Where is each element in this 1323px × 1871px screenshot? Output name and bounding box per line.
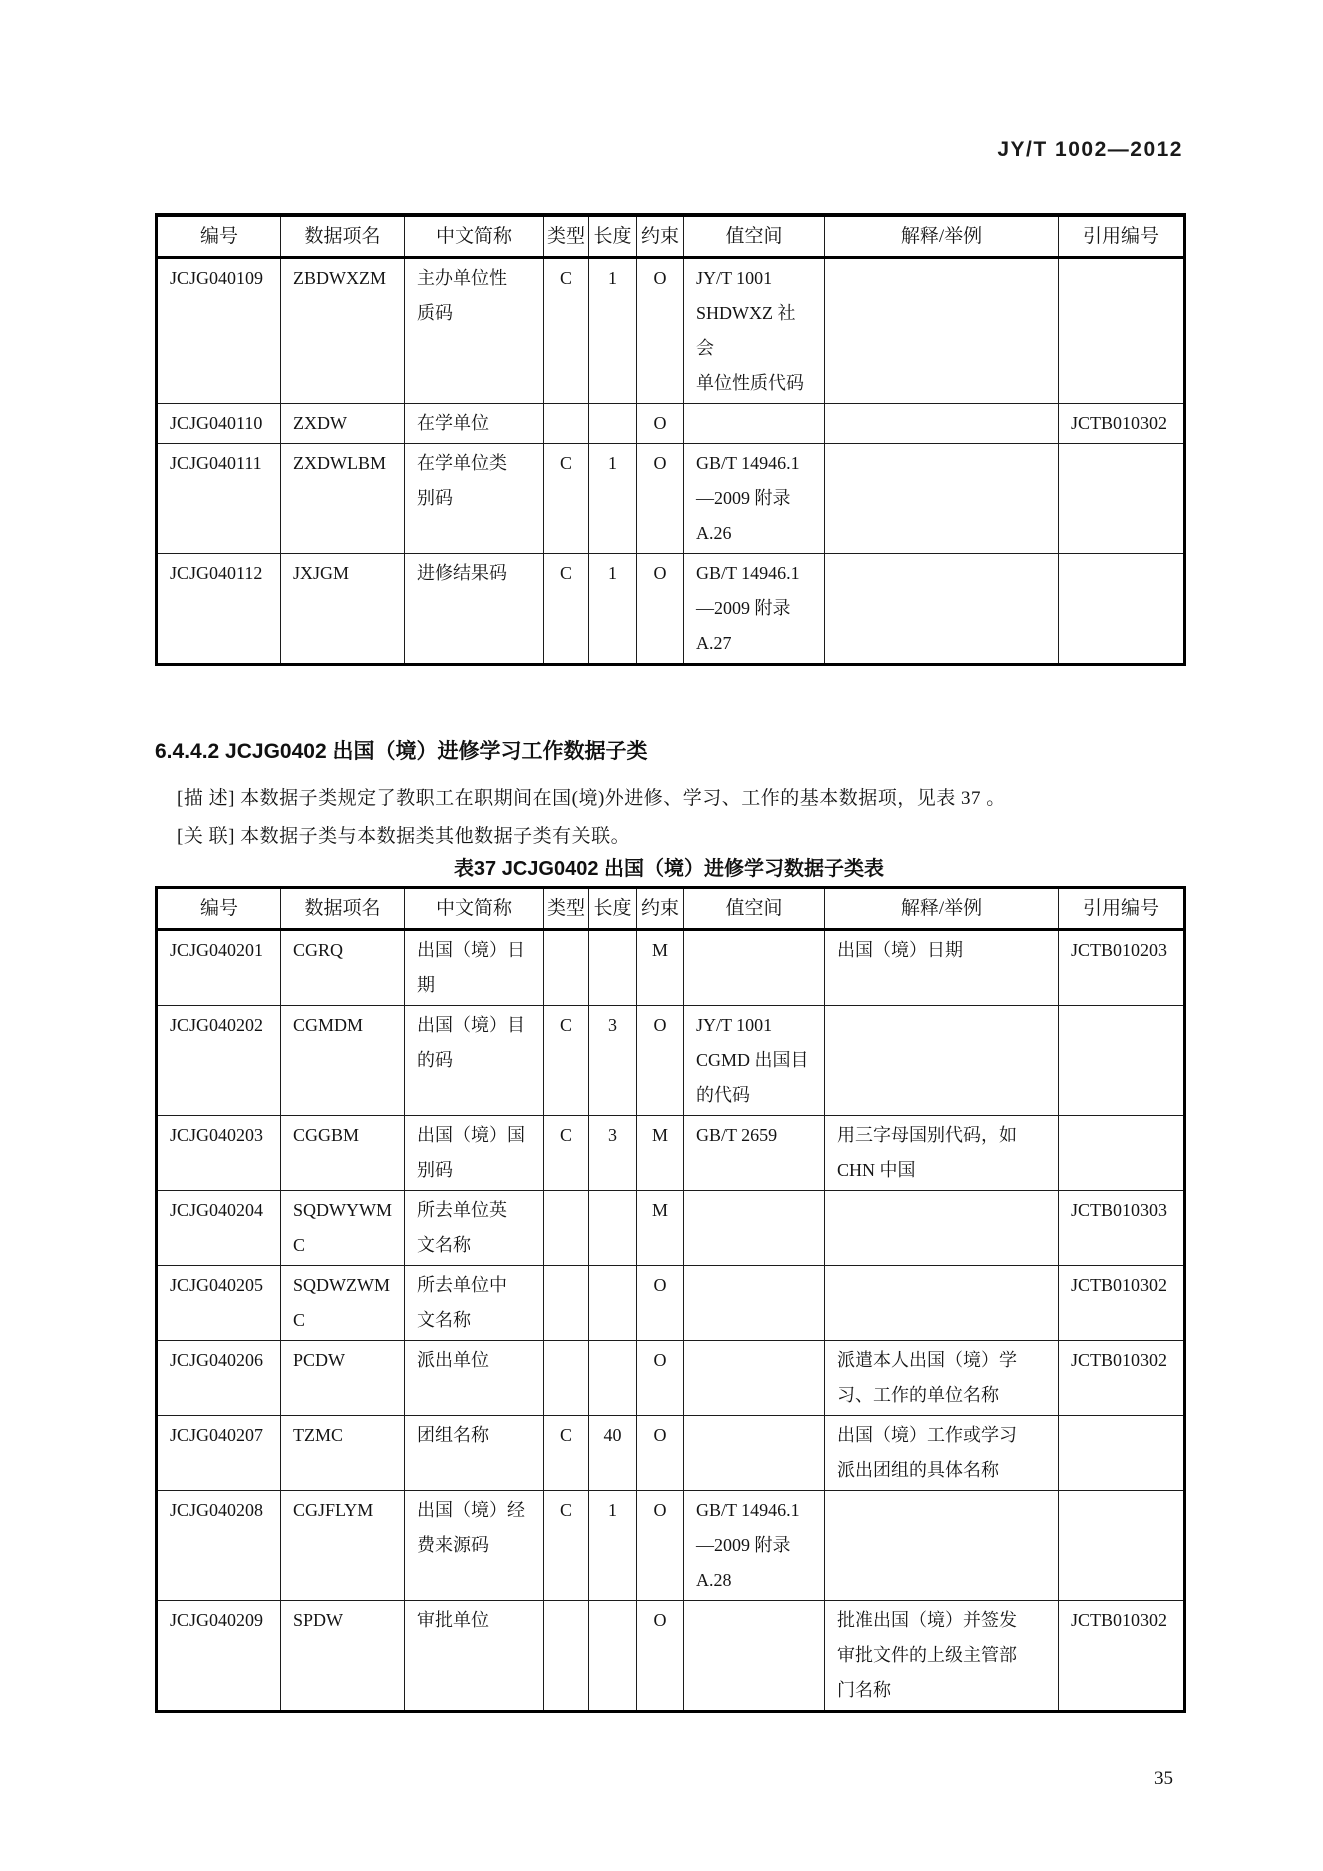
cell-ref-number	[1059, 1006, 1185, 1116]
cell-constraint: O	[637, 554, 684, 665]
table-jcjg0402: 编号 数据项名 中文简称 类型 长度 约束 值空间 解释/举例 引用编号 JCJ…	[155, 886, 1186, 1713]
cell-value-space: GB/T 14946.1 —2009 附录 A.28	[684, 1491, 825, 1601]
cell-value-space	[684, 1341, 825, 1416]
cell-constraint: O	[637, 1416, 684, 1491]
cell-ref-number: JCTB010302	[1059, 404, 1185, 444]
cell-constraint: O	[637, 258, 684, 404]
cell-constraint: O	[637, 404, 684, 444]
col-header-explanation: 解释/举例	[825, 888, 1059, 930]
table-row: JCJG040206 PCDW 派出单位 O 派遣本人出国（境）学 习、工作的单…	[157, 1341, 1185, 1416]
col-header-cn-abbrev: 中文简称	[405, 888, 544, 930]
cell-item-name: ZBDWXZM	[281, 258, 405, 404]
col-header-id: 编号	[157, 888, 281, 930]
cell-type	[544, 1266, 589, 1341]
cell-cn-abbrev: 在学单位类 别码	[405, 444, 544, 554]
cell-ref-number	[1059, 1491, 1185, 1601]
cell-value-space	[684, 930, 825, 1006]
col-header-ref-number: 引用编号	[1059, 888, 1185, 930]
cell-id: JCJG040205	[157, 1266, 281, 1341]
cell-ref-number	[1059, 1116, 1185, 1191]
table-row: JCJG040201 CGRQ 出国（境）日 期 M 出国（境）日期 JCTB0…	[157, 930, 1185, 1006]
table-row: JCJG040209 SPDW 审批单位 O 批准出国（境）并签发 审批文件的上…	[157, 1601, 1185, 1712]
doc-number: JY/T 1002—2012	[155, 138, 1183, 168]
cell-constraint: O	[637, 1341, 684, 1416]
table-header-row: 编号 数据项名 中文简称 类型 长度 约束 值空间 解释/举例 引用编号	[157, 215, 1185, 258]
table-row: JCJG040110 ZXDW 在学单位 O JCTB010302	[157, 404, 1185, 444]
section-heading: 6.4.4.2 JCJG0402 出国（境）进修学习工作数据子类	[155, 738, 1183, 766]
cell-id: JCJG040110	[157, 404, 281, 444]
col-header-length: 长度	[589, 215, 637, 258]
cell-type: C	[544, 1416, 589, 1491]
cell-cn-abbrev: 所去单位英 文名称	[405, 1191, 544, 1266]
cell-item-name: TZMC	[281, 1416, 405, 1491]
table-row: JCJG040109 ZBDWXZM 主办单位性 质码 C 1 O JY/T 1…	[157, 258, 1185, 404]
table-jcjg0401-continued: 编号 数据项名 中文简称 类型 长度 约束 值空间 解释/举例 引用编号 JCJ…	[155, 213, 1186, 666]
cell-cn-abbrev: 主办单位性 质码	[405, 258, 544, 404]
cell-constraint: M	[637, 1191, 684, 1266]
col-header-item-name: 数据项名	[281, 888, 405, 930]
cell-type	[544, 1191, 589, 1266]
cell-value-space: GB/T 14946.1 —2009 附录 A.27	[684, 554, 825, 665]
cell-cn-abbrev: 团组名称	[405, 1416, 544, 1491]
cell-explanation: 批准出国（境）并签发 审批文件的上级主管部 门名称	[825, 1601, 1059, 1712]
cell-type: C	[544, 1491, 589, 1601]
col-header-ref-number: 引用编号	[1059, 215, 1185, 258]
cell-ref-number	[1059, 258, 1185, 404]
cell-id: JCJG040112	[157, 554, 281, 665]
cell-id: JCJG040206	[157, 1341, 281, 1416]
cell-explanation	[825, 1491, 1059, 1601]
cell-constraint: O	[637, 1006, 684, 1116]
col-header-explanation: 解释/举例	[825, 215, 1059, 258]
page-number: 35	[155, 1768, 1183, 1790]
cell-explanation	[825, 258, 1059, 404]
col-header-constraint: 约束	[637, 215, 684, 258]
cell-length: 1	[589, 258, 637, 404]
cell-item-name: JXJGM	[281, 554, 405, 665]
table-row: JCJG040204 SQDWYWMC 所去单位英 文名称 M JCTB0103…	[157, 1191, 1185, 1266]
cell-explanation: 用三字母国别代码，如 CHN 中国	[825, 1116, 1059, 1191]
document-page: JY/T 1002—2012 编号 数据项名 中文简称 类型 长度 约束 值空间…	[0, 0, 1323, 1871]
col-header-type: 类型	[544, 215, 589, 258]
cell-id: JCJG040201	[157, 930, 281, 1006]
cell-cn-abbrev: 出国（境）国 别码	[405, 1116, 544, 1191]
cell-ref-number	[1059, 554, 1185, 665]
cell-constraint: M	[637, 1116, 684, 1191]
cell-item-name: SPDW	[281, 1601, 405, 1712]
cell-explanation: 出国（境）工作或学习 派出团组的具体名称	[825, 1416, 1059, 1491]
cell-cn-abbrev: 进修结果码	[405, 554, 544, 665]
cell-id: JCJG040202	[157, 1006, 281, 1116]
cell-length	[589, 1266, 637, 1341]
cell-value-space: JY/T 1001 SHDWXZ 社会 单位性质代码	[684, 258, 825, 404]
table-row: JCJG040205 SQDWZWMC 所去单位中 文名称 O JCTB0103…	[157, 1266, 1185, 1341]
table-row: JCJG040202 CGMDM 出国（境）目 的码 C 3 O JY/T 10…	[157, 1006, 1185, 1116]
cell-value-space	[684, 1416, 825, 1491]
cell-explanation: 出国（境）日期	[825, 930, 1059, 1006]
cell-type	[544, 404, 589, 444]
col-header-length: 长度	[589, 888, 637, 930]
table-row: JCJG040203 CGGBM 出国（境）国 别码 C 3 M GB/T 26…	[157, 1116, 1185, 1191]
relation-line: [关 联] 本数据子类与本数据类其他数据子类有关联。	[155, 822, 1183, 852]
table-row: JCJG040112 JXJGM 进修结果码 C 1 O GB/T 14946.…	[157, 554, 1185, 665]
cell-type	[544, 930, 589, 1006]
col-header-cn-abbrev: 中文简称	[405, 215, 544, 258]
cell-cn-abbrev: 出国（境）经 费来源码	[405, 1491, 544, 1601]
cell-length: 40	[589, 1416, 637, 1491]
cell-type: C	[544, 1116, 589, 1191]
cell-value-space: GB/T 14946.1 —2009 附录 A.26	[684, 444, 825, 554]
col-header-item-name: 数据项名	[281, 215, 405, 258]
cell-ref-number	[1059, 1416, 1185, 1491]
cell-value-space	[684, 1601, 825, 1712]
cell-type	[544, 1601, 589, 1712]
cell-value-space	[684, 404, 825, 444]
cell-explanation	[825, 1006, 1059, 1116]
cell-id: JCJG040204	[157, 1191, 281, 1266]
col-header-type: 类型	[544, 888, 589, 930]
cell-constraint: M	[637, 930, 684, 1006]
cell-constraint: O	[637, 1491, 684, 1601]
col-header-value-space: 值空间	[684, 888, 825, 930]
cell-ref-number	[1059, 444, 1185, 554]
cell-ref-number: JCTB010302	[1059, 1601, 1185, 1712]
cell-item-name: ZXDWLBM	[281, 444, 405, 554]
table-caption: 表37 JCJG0402 出国（境）进修学习数据子类表	[155, 856, 1183, 882]
cell-explanation	[825, 1191, 1059, 1266]
cell-item-name: CGRQ	[281, 930, 405, 1006]
table-header-row: 编号 数据项名 中文简称 类型 长度 约束 值空间 解释/举例 引用编号	[157, 888, 1185, 930]
cell-type: C	[544, 444, 589, 554]
cell-explanation	[825, 554, 1059, 665]
col-header-id: 编号	[157, 215, 281, 258]
cell-ref-number: JCTB010302	[1059, 1266, 1185, 1341]
cell-length: 1	[589, 554, 637, 665]
cell-cn-abbrev: 审批单位	[405, 1601, 544, 1712]
cell-value-space: JY/T 1001 CGMD 出国目 的代码	[684, 1006, 825, 1116]
cell-id: JCJG040208	[157, 1491, 281, 1601]
cell-length	[589, 1191, 637, 1266]
cell-length	[589, 930, 637, 1006]
cell-explanation	[825, 404, 1059, 444]
cell-value-space	[684, 1191, 825, 1266]
cell-value-space	[684, 1266, 825, 1341]
cell-id: JCJG040209	[157, 1601, 281, 1712]
cell-cn-abbrev: 在学单位	[405, 404, 544, 444]
cell-length	[589, 1341, 637, 1416]
cell-item-name: SQDWYWMC	[281, 1191, 405, 1266]
cell-explanation	[825, 1266, 1059, 1341]
cell-ref-number: JCTB010302	[1059, 1341, 1185, 1416]
cell-cn-abbrev: 出国（境）目 的码	[405, 1006, 544, 1116]
cell-item-name: CGJFLYM	[281, 1491, 405, 1601]
cell-item-name: ZXDW	[281, 404, 405, 444]
cell-constraint: O	[637, 444, 684, 554]
col-header-value-space: 值空间	[684, 215, 825, 258]
cell-item-name: PCDW	[281, 1341, 405, 1416]
cell-length: 3	[589, 1006, 637, 1116]
table-row: JCJG040207 TZMC 团组名称 C 40 O 出国（境）工作或学习 派…	[157, 1416, 1185, 1491]
cell-length	[589, 1601, 637, 1712]
cell-ref-number: JCTB010303	[1059, 1191, 1185, 1266]
cell-cn-abbrev: 出国（境）日 期	[405, 930, 544, 1006]
cell-type: C	[544, 554, 589, 665]
cell-type	[544, 1341, 589, 1416]
cell-length: 1	[589, 444, 637, 554]
cell-item-name: SQDWZWMC	[281, 1266, 405, 1341]
cell-length: 1	[589, 1491, 637, 1601]
cell-item-name: CGGBM	[281, 1116, 405, 1191]
cell-constraint: O	[637, 1266, 684, 1341]
cell-explanation	[825, 444, 1059, 554]
col-header-constraint: 约束	[637, 888, 684, 930]
table-row: JCJG040208 CGJFLYM 出国（境）经 费来源码 C 1 O GB/…	[157, 1491, 1185, 1601]
cell-cn-abbrev: 所去单位中 文名称	[405, 1266, 544, 1341]
description-line: [描 述] 本数据子类规定了教职工在职期间在国(境)外进修、学习、工作的基本数据…	[155, 784, 1183, 814]
cell-type: C	[544, 258, 589, 404]
cell-id: JCJG040109	[157, 258, 281, 404]
cell-type: C	[544, 1006, 589, 1116]
cell-id: JCJG040111	[157, 444, 281, 554]
cell-explanation: 派遣本人出国（境）学 习、工作的单位名称	[825, 1341, 1059, 1416]
cell-length	[589, 404, 637, 444]
cell-id: JCJG040203	[157, 1116, 281, 1191]
cell-item-name: CGMDM	[281, 1006, 405, 1116]
cell-value-space: GB/T 2659	[684, 1116, 825, 1191]
cell-cn-abbrev: 派出单位	[405, 1341, 544, 1416]
cell-constraint: O	[637, 1601, 684, 1712]
table-row: JCJG040111 ZXDWLBM 在学单位类 别码 C 1 O GB/T 1…	[157, 444, 1185, 554]
cell-length: 3	[589, 1116, 637, 1191]
cell-ref-number: JCTB010203	[1059, 930, 1185, 1006]
cell-id: JCJG040207	[157, 1416, 281, 1491]
